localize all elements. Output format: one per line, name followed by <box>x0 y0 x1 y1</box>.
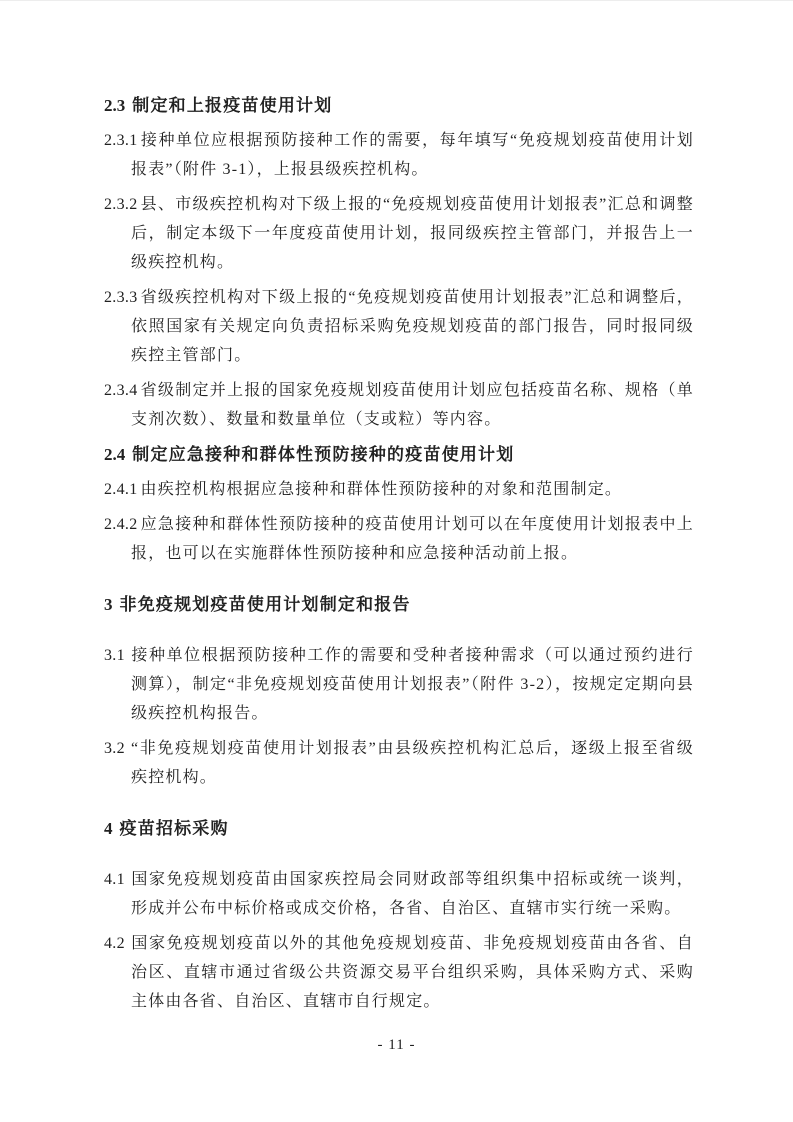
page-number: - 11 - <box>378 1037 416 1053</box>
clause-3-1: 3.1接种单位根据预防接种工作的需要和受种者接种需求（可以通过预约进行测算），制… <box>104 641 694 728</box>
heading-2-4: 2.4制定应急接种和群体性预防接种的疫苗使用计划 <box>104 440 694 469</box>
clause-number: 4.2 <box>104 929 128 958</box>
heading-2-3: 2.3制定和上报疫苗使用计划 <box>104 91 694 120</box>
clause-2-3-2: 2.3.2县、市级疾控机构对下级上报的“免疫规划疫苗使用计划报表”汇总和调整后，… <box>104 190 694 277</box>
heading-3: 3非免疫规划疫苗使用计划制定和报告 <box>104 590 694 619</box>
clause-number: 2.3.2 <box>104 190 138 219</box>
clause-number: 2.3.4 <box>104 376 138 405</box>
clause-text: 县、市级疾控机构对下级上报的“免疫规划疫苗使用计划报表”汇总和调整后，制定本级下… <box>131 196 694 271</box>
clause-4-2: 4.2国家免疫规划疫苗以外的其他免疫规划疫苗、非免疫规划疫苗由各省、自治区、直辖… <box>104 929 694 1016</box>
clause-number: 2.4.2 <box>104 510 138 539</box>
clause-text: 国家免疫规划疫苗由国家疾控局会同财政部等组织集中招标或统一谈判，形成并公布中标价… <box>131 871 694 917</box>
clause-3-2: 3.2“非免疫规划疫苗使用计划报表”由县级疾控机构汇总后，逐级上报至省级疾控机构… <box>104 734 694 792</box>
clause-text: 国家免疫规划疫苗以外的其他免疫规划疫苗、非免疫规划疫苗由各省、自治区、直辖市通过… <box>131 935 694 1010</box>
clause-text: “非免疫规划疫苗使用计划报表”由县级疾控机构汇总后，逐级上报至省级疾控机构。 <box>131 740 694 786</box>
clause-4-1: 4.1国家免疫规划疫苗由国家疾控局会同财政部等组织集中招标或统一谈判，形成并公布… <box>104 865 694 923</box>
clause-text: 省级制定并上报的国家免疫规划疫苗使用计划应包括疫苗名称、规格（单支剂次数）、数量… <box>131 382 694 428</box>
clause-2-3-1: 2.3.1接种单位应根据预防接种工作的需要，每年填写“免疫规划疫苗使用计划报表”… <box>104 126 694 184</box>
clause-text: 接种单位根据预防接种工作的需要和受种者接种需求（可以通过预约进行测算），制定“非… <box>131 647 694 722</box>
heading-number: 4 <box>104 819 113 838</box>
clause-text: 应急接种和群体性预防接种的疫苗使用计划可以在年度使用计划报表中上报，也可以在实施… <box>131 516 694 562</box>
clause-number: 4.1 <box>104 865 128 894</box>
clause-2-3-3: 2.3.3省级疾控机构对下级上报的“免疫规划疫苗使用计划报表”汇总和调整后，依照… <box>104 283 694 370</box>
clause-number: 2.3.1 <box>104 126 138 155</box>
heading-4: 4疫苗招标采购 <box>104 814 694 843</box>
heading-title: 非免疫规划疫苗使用计划制定和报告 <box>120 595 411 614</box>
clause-2-4-1: 2.4.1由疾控机构根据应急接种和群体性预防接种的对象和范围制定。 <box>104 475 694 504</box>
heading-number: 2.4 <box>104 445 125 464</box>
clause-text: 由疾控机构根据应急接种和群体性预防接种的对象和范围制定。 <box>141 481 623 498</box>
clause-text: 接种单位应根据预防接种工作的需要，每年填写“免疫规划疫苗使用计划报表”（附件 3… <box>131 132 694 178</box>
heading-number: 2.3 <box>104 96 125 115</box>
heading-title: 制定应急接种和群体性预防接种的疫苗使用计划 <box>132 445 514 464</box>
heading-title: 制定和上报疫苗使用计划 <box>132 96 332 115</box>
document-body: 2.3制定和上报疫苗使用计划 2.3.1接种单位应根据预防接种工作的需要，每年填… <box>0 1 793 1016</box>
clause-number: 3.2 <box>104 734 128 763</box>
clause-2-4-2: 2.4.2应急接种和群体性预防接种的疫苗使用计划可以在年度使用计划报表中上报，也… <box>104 510 694 568</box>
clause-number: 2.3.3 <box>104 283 138 312</box>
clause-2-3-4: 2.3.4省级制定并上报的国家免疫规划疫苗使用计划应包括疫苗名称、规格（单支剂次… <box>104 376 694 434</box>
document-page: 2.3制定和上报疫苗使用计划 2.3.1接种单位应根据预防接种工作的需要，每年填… <box>0 0 793 1122</box>
clause-number: 3.1 <box>104 641 128 670</box>
heading-number: 3 <box>104 595 113 614</box>
page-footer: - 11 - <box>0 1037 793 1054</box>
clause-number: 2.4.1 <box>104 475 138 504</box>
heading-title: 疫苗招标采购 <box>120 819 229 838</box>
clause-text: 省级疾控机构对下级上报的“免疫规划疫苗使用计划报表”汇总和调整后，依照国家有关规… <box>131 289 694 364</box>
